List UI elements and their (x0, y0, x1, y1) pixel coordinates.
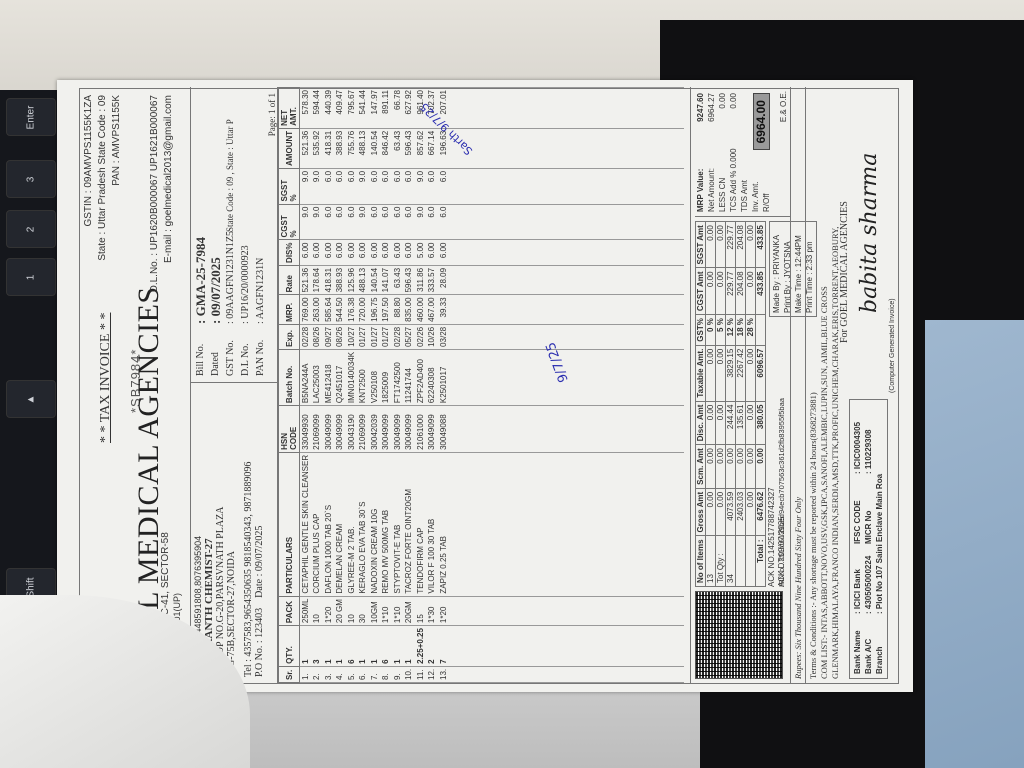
cell-name: TACROZ FORTE OINT20GM (403, 452, 415, 596)
cell-amount: 140.54 (369, 128, 381, 168)
cell-batch: 1825009 (380, 349, 392, 405)
items-table: Sr.QTY.PACKPARTICULARSHSN CODEBatch No.E… (278, 87, 684, 683)
for-company: For GOEL MEDICAL AGENCIES (839, 201, 850, 343)
cell-sr: 6. (357, 666, 369, 682)
tds-row: TDS Amt (739, 89, 750, 216)
cell-net: 594.44 (311, 88, 323, 129)
cell-hsn: 30042039 (369, 406, 381, 453)
summary-cell: 0.00 (736, 445, 746, 489)
cell-pack: 10GM (369, 596, 381, 625)
party-pan: : AAGFN1231N (253, 93, 268, 324)
summary-cell: 2403.03 (736, 488, 746, 536)
cell-name: CETAPHIL GENTLE SKIN CLEANSER (300, 452, 312, 596)
invoice-frame: * * TAX INVOICE * * *SB7984* GOEL MEDICA… (79, 88, 899, 684)
summary-column-header: Gross Amt (696, 488, 706, 536)
cell-net: 795.67 (346, 88, 358, 129)
cell-mrp: 720.00 (357, 295, 369, 324)
summary-cell: 244.44 (726, 401, 736, 445)
summary-cell: 0.00 (716, 345, 726, 401)
cell-cgst: 9.0 (357, 204, 369, 240)
cell-qty: 1 (403, 626, 415, 667)
inv-amt-row: Inv. Amt.R/Off 6964.00 (750, 89, 772, 216)
cell-hsn: 21069099 (357, 406, 369, 453)
bank-details: Bank Name: ICICI Bank IFSC CODE: ICIC000… (849, 399, 888, 679)
cell-exp: 10/27 (346, 324, 358, 349)
eoe-note: E.& O.E. (779, 91, 788, 122)
column-header: SGST % (279, 168, 300, 204)
summary-cell: 0.00 (706, 445, 716, 489)
party-address-1: SHOP NO.G-20,PARSVNATH PLAZA (215, 377, 226, 677)
keyboard-key: ▲ (6, 380, 56, 418)
cell-sgst: 6.0 (392, 168, 404, 204)
table-row: 10.120GMTACROZ FORTE OINT20GM30049099112… (403, 88, 415, 683)
summary-cell: 0.00 (746, 488, 756, 536)
cell-cgst: 6.0 (438, 204, 450, 240)
cell-amount: 846.42 (380, 128, 392, 168)
cell-batch: IMN0140034K (346, 349, 358, 405)
summary-total-cell: 6476.62 (756, 488, 766, 536)
cell-mrp: 460.00 (415, 295, 427, 324)
cell-name: NADOXIN CREAM 10G (369, 452, 381, 596)
shirt-sleeve (925, 320, 1024, 768)
cell-sgst: 6.0 (426, 168, 438, 204)
cell-net: 147.97 (369, 88, 381, 129)
cell-qty: 6 (380, 626, 392, 667)
summary-column-header: Scm. Amt (696, 445, 706, 489)
cell-batch: KNT2500 (357, 349, 369, 405)
summary-cell: 0.00 (706, 222, 716, 268)
ifsc-code: : ICIC0004305 (852, 404, 863, 474)
column-header: Exp. (279, 324, 300, 349)
cell-mrp: 544.50 (334, 295, 346, 324)
cell-sgst: 9.0 (300, 168, 312, 204)
tot-qty-label: Tot Qty : (716, 536, 726, 587)
no-of-items: 13 (706, 536, 716, 587)
cell-sr: 5. (346, 666, 358, 682)
cell-qty: 1 (369, 626, 381, 667)
cell-pack: 15 (415, 596, 427, 625)
summary-total-row: Total :6476.620.00380.056096.57433.85433… (756, 222, 766, 587)
cell-dis: 6.00 (300, 240, 312, 265)
cell-amount: 63.43 (392, 128, 404, 168)
cell-rate: 488.13 (357, 265, 369, 294)
cell-qty: 1 (300, 626, 312, 667)
tax-invoice: * * TAX INVOICE * * *SB7984* GOEL MEDICA… (57, 80, 913, 692)
cell-sr: 9. (392, 666, 404, 682)
branch: : Plot No 107 Saini Enclave Main Roa (874, 404, 885, 614)
company-list-1: COM LIST:- INTAS,ABBOTT,NOVO,USV,GSK,IPC… (819, 91, 830, 679)
cell-net: 66.78 (392, 88, 404, 129)
column-header: DIS% (279, 240, 300, 265)
cell-batch: LAC25003 (311, 349, 323, 405)
cell-sgst: 6.0 (334, 168, 346, 204)
cell-qty: 7 (438, 626, 450, 667)
column-header: HSN CODE (279, 406, 300, 453)
cell-amount: 667.14 (426, 128, 438, 168)
dated-row: Dated: 09/07/2025 (208, 93, 223, 376)
cell-sgst: 6.0 (346, 168, 358, 204)
summary-cell: 0.00 (746, 268, 756, 315)
cell-name: DEMELAN CREAM (334, 452, 346, 596)
keyboard-key: 3 (6, 160, 56, 198)
cell-dis: 6.00 (380, 240, 392, 265)
column-header: PARTICULARS (279, 452, 300, 596)
summary-total-cell: 433.85 (756, 268, 766, 315)
cell-exp: 09/27 (323, 324, 335, 349)
cell-net: 541.44 (357, 88, 369, 129)
terms: Terms & Conditions :- Any shortage must … (806, 87, 843, 683)
cell-exp: 02/26 (415, 324, 427, 349)
items-header-row: Sr.QTY.PACKPARTICULARSHSN CODEBatch No.E… (279, 88, 300, 683)
cell-amount: 755.76 (346, 128, 358, 168)
cell-sgst: 6.0 (438, 168, 450, 204)
page-number: Page: 1 of 1 (267, 93, 277, 136)
cell-hsn: 30049099 (392, 406, 404, 453)
cell-cgst: 9.0 (415, 204, 427, 240)
cell-name: KERAGLO EVA TAB 30`S (357, 452, 369, 596)
cell-sgst: 9.0 (311, 168, 323, 204)
company-pan: PAN : AMVPS1155K (110, 95, 124, 261)
summary-cell: 204.08 (736, 268, 746, 315)
cell-pack: 10 (346, 596, 358, 625)
net-amount: 6964.27 (706, 93, 717, 122)
cell-exp: 01/27 (380, 324, 392, 349)
keyboard-key: 1 (6, 258, 56, 296)
cell-exp: 10/26 (426, 324, 438, 349)
summary-total-cell (756, 315, 766, 346)
amount-in-words: Rupees: Six Thousand Nine Hundred Sixty … (791, 87, 806, 683)
cell-pack: 20 GM (334, 596, 346, 625)
cell-sgst: 9.0 (415, 168, 427, 204)
cell-batch: Q2451017 (334, 349, 346, 405)
cell-mrp: 197.50 (380, 295, 392, 324)
tax-summary-header: No of ItemsGross AmtScm. AmtDisc. AmtTax… (696, 222, 706, 587)
tcs-row: TCS Add % 0.0000.00 (728, 89, 739, 216)
invoice-amount: 6964.00 (753, 93, 770, 150)
bill-no: : GMA-25-7984 (193, 93, 208, 324)
ack-no: ACK NO.142517788742327 (767, 487, 777, 587)
summary-cell: 229.77 (726, 268, 736, 315)
cell-hsn: 33049930 (300, 406, 312, 453)
summary-cell: 204.08 (736, 222, 746, 268)
cell-rate: 140.54 (369, 265, 381, 294)
cell-pack: 250ML (300, 596, 312, 625)
invoice-footer: E.& O.E. IRN:b...351fc6139bed94ecb707563… (790, 87, 900, 683)
company-email: E-mail : goelmedical2013@gmail.com (162, 95, 176, 292)
cell-sr: 11. (415, 666, 427, 682)
signature: babita sharma (857, 153, 882, 313)
cell-dis: 5.00 (415, 240, 427, 265)
summary-row: 0.000.000.000.0028 %0.000.00 (746, 222, 756, 587)
cell-name: STYPTOVIT-E TAB (392, 452, 404, 596)
cell-name: ZAPIZ 0.25 TAB (438, 452, 450, 596)
summary-cell: 12 % (726, 315, 736, 346)
summary-cell: 0 % (706, 315, 716, 346)
cell-qty: 6 (346, 626, 358, 667)
party-name: NEELKANTH CHEMIST-27 (203, 377, 215, 677)
cell-batch: B5NA244A (300, 349, 312, 405)
cell-cgst: 6.0 (380, 204, 392, 240)
cell-mrp: 39.33 (438, 295, 450, 324)
column-header: PACK (279, 596, 300, 625)
cell-amount: 488.13 (357, 128, 369, 168)
cell-rate: 125.96 (346, 265, 358, 294)
summary-cell: 0.00 (706, 401, 716, 445)
cell-dis: 6.00 (323, 240, 335, 265)
cell-dis: 6.00 (334, 240, 346, 265)
summary-cell: 0.00 (726, 445, 736, 489)
cell-pack: 20GM (403, 596, 415, 625)
cell-rate: 178.64 (311, 265, 323, 294)
cell-mrp: 585.64 (323, 295, 335, 324)
cell-mrp: 88.80 (392, 295, 404, 324)
summary-total-cell: 6096.57 (756, 345, 766, 401)
bill-details: Bill No.: GMA-25-7984 Dated: 09/07/2025 … (191, 87, 279, 383)
table-row: 7.110GMNADOXIN CREAM 10G30042039V2501080… (369, 88, 381, 683)
summary-section: No of ItemsGross AmtScm. AmtDisc. AmtTax… (690, 87, 790, 683)
cell-sr: 8. (380, 666, 392, 682)
bill-date: : 09/07/2025 (208, 93, 223, 324)
summary-cell: 0.00 (706, 268, 716, 315)
terms-conditions: Terms & Conditions :- Any shortage must … (808, 91, 819, 679)
irn: IRN:b...351fc6139bed94ecb707563c361d2fb8… (777, 398, 786, 587)
invoice-title: * * TAX INVOICE * * (98, 313, 114, 443)
cell-rate: 521.36 (300, 265, 312, 294)
table-row: 1.1250MLCETAPHIL GENTLE SKIN CLEANSER330… (300, 88, 312, 683)
cell-batch: 11241744 (403, 349, 415, 405)
tot-qty: 34 (726, 536, 736, 587)
summary-cell: 0.00 (746, 345, 756, 401)
cell-rate: 28.09 (438, 265, 450, 294)
summary-column-header: Taxable Amt. (696, 345, 706, 401)
cell-rate: 63.43 (392, 265, 404, 294)
total-label: Total : (756, 536, 766, 587)
table-row: 9.11*10STYPTOVIT-E TAB30049099FT17425000… (392, 88, 404, 683)
net-amount-box: MRP Value:9247.60 Net Amount:6964.27 LES… (695, 89, 791, 217)
cell-exp: 08/26 (334, 324, 346, 349)
cell-amount: 388.93 (334, 128, 346, 168)
tcs-amount: 0.00 (728, 93, 739, 109)
keyboard-key: Enter (6, 98, 56, 136)
made-by: Made By : PRIYANKA (771, 225, 782, 313)
cell-cgst: 9.0 (300, 204, 312, 240)
company-license-info: D.L.No. : UP1620B000067 UP1621B000067 E-… (148, 95, 176, 292)
summary-cell: 2267.42 (736, 345, 746, 401)
cell-hsn: 21061000 (415, 406, 427, 453)
cell-cgst: 9.0 (311, 204, 323, 240)
cell-dis: 6.00 (438, 240, 450, 265)
mrp-value-row: MRP Value:9247.60 (695, 89, 706, 216)
cell-cgst: 6.0 (403, 204, 415, 240)
summary-cell: 229.77 (726, 222, 736, 268)
no-of-items-label: No of Items (696, 536, 706, 587)
summary-row: 130.000.000.000.000 %0.000.00 (706, 222, 716, 587)
cell-exp: 01/27 (357, 324, 369, 349)
summary-cell: 4073.59 (726, 488, 736, 536)
cell-net: 891.11 (380, 88, 392, 129)
cell-pack: 1*20 (438, 596, 450, 625)
cell-hsn: 30049099 (403, 406, 415, 453)
column-header: MRP. (279, 295, 300, 324)
summary-column-header: GST% (696, 315, 706, 346)
table-row: 6.130KERAGLO EVA TAB 30`S21069099KNT2500… (357, 88, 369, 683)
cell-rate: 418.31 (323, 265, 335, 294)
po-number: P.O No. : 123403 (254, 608, 265, 677)
tax-summary-table: No of ItemsGross AmtScm. AmtDisc. AmtTax… (695, 221, 766, 587)
cell-sgst: 9.0 (357, 168, 369, 204)
summary-cell: 0.00 (716, 222, 726, 268)
summary-column-header: CGST Amt (696, 268, 706, 315)
summary-cell: 0.00 (746, 445, 756, 489)
cell-dis: 6.00 (346, 240, 358, 265)
cell-sr: 12. (426, 666, 438, 682)
cell-name: TENDOFIRM CAP (415, 452, 427, 596)
cell-net: 627.92 (403, 88, 415, 129)
cell-hsn: 30043190 (346, 406, 358, 453)
cell-sgst: 6.0 (403, 168, 415, 204)
table-row: 5.610GLYREE-M 2 TAB.30043190IMN0140034K1… (346, 88, 358, 683)
summary-cell: 0.00 (716, 401, 726, 445)
company-dl-no: D.L.No. : UP1620B000067 UP1621B000067 (148, 95, 162, 292)
cell-batch: 62240308 (426, 349, 438, 405)
cell-hsn: 30049099 (380, 406, 392, 453)
company-tax-info: GSTIN : 09AMVPS1155K1ZA State : Uttar Pr… (82, 95, 124, 261)
dl-row: D.L No.: UP16/20/0000923 (238, 93, 253, 376)
cell-dis: 6.00 (403, 240, 415, 265)
cell-name: CORCIUM PLUS CAP (311, 452, 323, 596)
table-row: 4.120 GMDEMELAN CREAM30049099Q245101708/… (334, 88, 346, 683)
column-header: Sr. (279, 666, 300, 682)
cell-sr: 13. (438, 666, 450, 682)
column-header: QTY. (279, 626, 300, 667)
summary-cell: 0.00 (706, 345, 716, 401)
cell-hsn: 30049099 (334, 406, 346, 453)
cell-pack: 1*30 (426, 596, 438, 625)
company-state: State : Uttar Pradesh State Code : 09 (96, 95, 110, 261)
cell-batch: K2501017 (438, 349, 450, 405)
cell-pack: 10 (311, 596, 323, 625)
cell-net: 440.39 (323, 88, 335, 129)
bank-account: : 430505000224 (863, 544, 874, 614)
column-header: CGST % (279, 204, 300, 240)
company-list-2: GLENMARK,HIMALAYA,FRANCO INDIAN,SERDIA,M… (830, 91, 841, 679)
party-address-2: G-75B,SECTOR-27,NOIDA (226, 377, 237, 677)
cell-net: 409.47 (334, 88, 346, 129)
cell-mrp: 263.00 (311, 295, 323, 324)
cell-qty: 1 (357, 626, 369, 667)
cell-qty: 2 (426, 626, 438, 667)
cell-sgst: 6.0 (380, 168, 392, 204)
summary-cell: 0.00 (746, 401, 756, 445)
cell-exp: 01/27 (369, 324, 381, 349)
party-po: P.O No. : 123403 Date : 09/07/2025 (254, 377, 265, 677)
summary-cell: 0.00 (716, 445, 726, 489)
summary-cell: 3829.15 (726, 345, 736, 401)
summary-cell: 28 % (746, 315, 756, 346)
summary-row: 2403.030.00135.612267.4218 %204.08204.08 (736, 222, 746, 587)
computer-generated-note: (Computer Generated Invoice) (889, 298, 896, 393)
cell-rate: 388.93 (334, 265, 346, 294)
summary-cell: 0.00 (706, 488, 716, 536)
cell-amount: 535.92 (311, 128, 323, 168)
cell-exp: 03/28 (438, 324, 450, 349)
cell-hsn: 21069099 (311, 406, 323, 453)
summary-total-cell: 380.05 (756, 401, 766, 445)
cell-dis: 6.00 (369, 240, 381, 265)
company-gstin: GSTIN : 09AMVPS1155K1ZA (82, 95, 96, 261)
cell-name: GLYREE-M 2 TAB. (346, 452, 358, 596)
table-blank-space (449, 88, 684, 683)
cell-cgst: 6.0 (334, 204, 346, 240)
summary-row: 344073.590.00244.443829.1512 %229.77229.… (726, 222, 736, 587)
cell-hsn: 30049099 (323, 406, 335, 453)
cell-amount: 596.43 (403, 128, 415, 168)
summary-total-cell: 433.85 (756, 222, 766, 268)
cell-hsn: 30049099 (426, 406, 438, 453)
cell-dis: 6.00 (426, 240, 438, 265)
bill-no-row: Bill No.: GMA-25-7984 (193, 93, 208, 376)
table-row: 8.61*10REMO MV 500MG TAB3004909918250090… (380, 88, 392, 683)
cell-name: REMO MV 500MG TAB (380, 452, 392, 596)
summary-cell: 0.00 (716, 268, 726, 315)
party-tel: Tel : 4357583,9654350635 9818540343, 987… (243, 377, 254, 677)
table-row: 13.71*20ZAPIZ 0.25 TAB30049088K250101703… (438, 88, 450, 683)
party-dl: : UP16/20/0000923 (238, 93, 253, 324)
cell-sgst: 6.0 (369, 168, 381, 204)
table-row: 3.11*20DAFLON 1000 TAB 20`S30049099ME412… (323, 88, 335, 683)
cell-rate: 333.57 (426, 265, 438, 294)
cell-exp: 02/28 (392, 324, 404, 349)
column-header: AMOUNT (279, 128, 300, 168)
cell-cgst: 6.0 (392, 204, 404, 240)
cell-pack: 1*10 (380, 596, 392, 625)
cell-batch: ZPF2AD400 (415, 349, 427, 405)
cell-pack: 30 (357, 596, 369, 625)
cell-sr: 1. (300, 666, 312, 682)
less-cn-row: LESS CN0.00 (717, 89, 728, 216)
table-row: 12.21*30VILOR F 100 30 TAB30049099622403… (426, 88, 438, 683)
cell-exp: 05/27 (403, 324, 415, 349)
cell-mrp: 467.00 (426, 295, 438, 324)
cell-amount: 857.62 (415, 128, 427, 168)
cell-dis: 6.00 (311, 240, 323, 265)
summary-cell: 5 % (716, 315, 726, 346)
cell-mrp: 769.00 (300, 295, 312, 324)
cell-cgst: 6.0 (346, 204, 358, 240)
keyboard: Enter 3 2 1 ▲ Shift (0, 90, 62, 610)
cell-qty: 1 (323, 626, 335, 667)
qr-code (695, 591, 783, 679)
cell-qty: 2.25+0.25 (415, 626, 427, 667)
cell-rate: 141.07 (380, 265, 392, 294)
cell-sr: 7. (369, 666, 381, 682)
mrp-value: 9247.60 (695, 93, 706, 122)
cell-hsn: 30049088 (438, 406, 450, 453)
cell-pack: 1*20 (323, 596, 335, 625)
cell-sgst: 6.0 (323, 168, 335, 204)
summary-column-header: Disc. Amt (696, 401, 706, 445)
cell-qty: 1 (334, 626, 346, 667)
cell-pack: 1*10 (392, 596, 404, 625)
cell-batch: ME412418 (323, 349, 335, 405)
cell-sr: 3. (323, 666, 335, 682)
cell-cgst: 6.0 (426, 204, 438, 240)
keyboard-key: 2 (6, 210, 56, 248)
less-cn: 0.00 (717, 93, 728, 109)
summary-cell: 18 % (736, 315, 746, 346)
cell-qty: 3 (311, 626, 323, 667)
cell-cgst: 6.0 (323, 204, 335, 240)
